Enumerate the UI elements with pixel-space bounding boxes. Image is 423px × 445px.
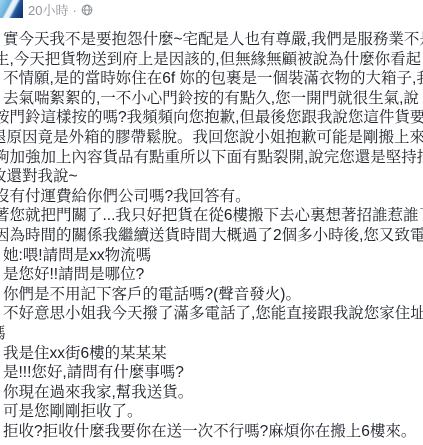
post-text-line: 嗎 bbox=[3, 324, 423, 344]
post-text-line: 實今天我不是要抱怨什麼~宅配是人也有尊嚴,我們是服務業不是狗 bbox=[3, 30, 423, 50]
post-text-line: 不情願,是的當時妳住在6f 妳的包裹是一個裝滿衣物的大箱子,我 bbox=[3, 69, 423, 89]
post-text-line: 是!!!您好,請問有什麼事嗎? bbox=[3, 363, 423, 383]
post-text-line: 退原因竟是外箱的膠帶鬆脫。我回您說小姐抱歉可能是剛搬上來底 bbox=[3, 128, 423, 148]
post-text-line: 是您好!!請問是哪位? bbox=[3, 265, 423, 285]
post-text-line: 著您就把門關了...我只好把貨在從6樓搬下去心裏想著招誰惹誰了 bbox=[3, 206, 423, 226]
post-text-line: 收還對我說~ bbox=[3, 167, 423, 187]
post-text-line: 去氣喘絮絮的,一不小心門鈴按的有點久,您一開門就很生氣,說 bbox=[3, 89, 423, 109]
post-text-line: 你們是不用記下客戶的電話嗎?(聲音發火)。 bbox=[3, 285, 423, 305]
post-text-line: 不好意思小姐我今天撥了滿多電話了,您能直接跟我說您家住址 bbox=[3, 304, 423, 324]
post-text-line: 生,今天把貨物送到府上是因該的,但無緣無顧被說為什麼你看起 bbox=[3, 50, 423, 70]
post-text-line: 因為時間的關係我繼續送貨時間大概過了2個多小時後,您又致電給 bbox=[3, 226, 423, 246]
post-text-line: 她:喂!請問是xx物流嗎 bbox=[3, 246, 423, 266]
post-text-line: 可是您剛剛拒收了。 bbox=[3, 402, 423, 422]
timestamp-link[interactable]: 20小時 bbox=[28, 4, 68, 18]
meta-separator: · bbox=[72, 4, 76, 18]
post-header: 20小時 · bbox=[0, 0, 423, 29]
post-text-line: 你現在過來我家,幫我送貨。 bbox=[3, 383, 423, 403]
post-text-line: 我是住xx街6樓的某某某 bbox=[3, 344, 423, 364]
facebook-post: 20小時 · 實今天我不是要抱怨什麼~宅配是人也有尊嚴,我們是服務業不是狗生,今… bbox=[0, 0, 423, 445]
post-text-line: 沒有付運費給你們公司嗎?我回答有。 bbox=[3, 187, 423, 207]
post-text-line: 按門鈴這樣按的嗎?我頻頻向您抱歉,但最後您跟我說您這件貨要 bbox=[3, 108, 423, 128]
post-text-line: 拒收?拒收什麼我要你在送一次不行嗎?麻煩你在搬上6樓來。 bbox=[3, 422, 423, 442]
post-text: 實今天我不是要抱怨什麼~宅配是人也有尊嚴,我們是服務業不是狗生,今天把貨物送到府… bbox=[0, 30, 423, 441]
avatar[interactable] bbox=[0, 0, 23, 18]
globe-icon bbox=[81, 4, 93, 19]
post-text-line: 夠加強加上內容貨品有點重所以下面有點裂開,說完您還是堅持拒 bbox=[3, 148, 423, 168]
post-meta: 20小時 · bbox=[28, 3, 93, 19]
